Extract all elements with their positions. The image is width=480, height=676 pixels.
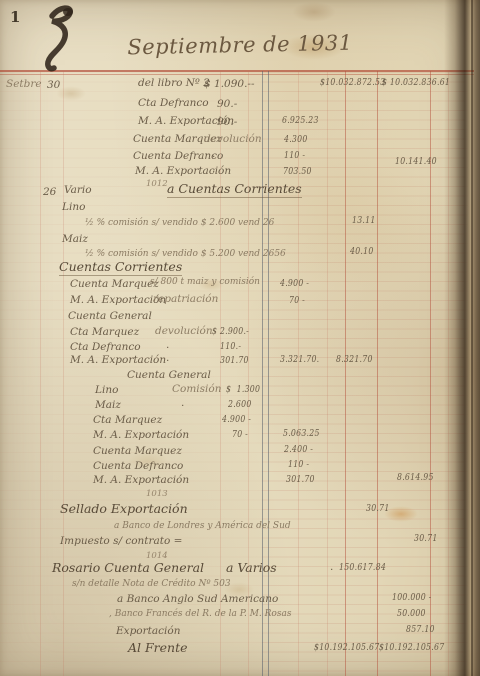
- ledger-entry: s/ 800 t maiz y comisión: [150, 278, 260, 287]
- ledger-entry: $10.192.105.67: [379, 643, 444, 653]
- ledger-entry: 90.-: [217, 99, 237, 110]
- ledger-entry: repatriación: [153, 294, 218, 305]
- ledger-entry: $ 1.090.--: [204, 79, 255, 90]
- ledger-entry: 30: [47, 80, 60, 91]
- ledger-entry: Comisión: [172, 384, 222, 395]
- ledger-entry: 301.70: [220, 356, 249, 366]
- ledger-entry: .: [166, 353, 169, 364]
- ledger-entry: Al Frente: [128, 642, 188, 655]
- ledger-entry: $10.192.105.67: [314, 643, 379, 653]
- binding-edge-line: [471, 0, 473, 676]
- ledger-entry: 6.925.23: [282, 116, 319, 126]
- page-title: Septiembre de 1931: [120, 30, 360, 59]
- column-rule-mid: [327, 71, 328, 676]
- ledger-entry: devolución: [204, 134, 262, 145]
- ledger-entry: 5.063.25: [283, 429, 320, 439]
- ledger-entry: a Cuentas Corrientes: [167, 183, 302, 198]
- ledger-entry: .: [181, 398, 184, 409]
- ledger-entry: Vario: [64, 185, 92, 196]
- ledger-entry: 3.321.70.: [280, 355, 319, 365]
- binding-strip: [444, 0, 480, 676]
- ledger-entry: 70 -: [289, 296, 305, 306]
- ledger-entry: $ 10.032.836.61: [382, 78, 450, 88]
- ledger-entry: ½ % comisión s/ vendido $ 2.600 vend 26: [85, 219, 274, 228]
- ledger-entry: 110 -: [284, 151, 305, 161]
- column-rule-subamount: [298, 71, 299, 676]
- ledger-entry: 2.600: [228, 400, 252, 410]
- ledger-entry: 40.10: [350, 247, 374, 257]
- ink-flourish-icon: [32, 2, 92, 76]
- column-rule-edge: [448, 71, 449, 676]
- stain: [292, 2, 336, 22]
- ledger-entry: 30.71: [414, 534, 438, 544]
- ledger-entry: del libro Nº 2: [138, 78, 210, 89]
- ledger-entry: 110 -: [288, 460, 309, 470]
- ledger-entry: 100.000 -: [392, 593, 432, 603]
- ledger-entry: s/n detalle Nota de Crédito Nº 503: [72, 580, 231, 589]
- ledger-entry: Cta Defranco: [70, 342, 141, 353]
- ledger-entry: ½ % comisión s/ vendido $ 5.200 vend 265…: [85, 250, 286, 259]
- column-rule-credit: [377, 71, 378, 676]
- ledger-entry: Cta Marquez: [93, 415, 162, 426]
- column-rule-date-left: [40, 71, 41, 676]
- ledger-entry: M. A. Exportación: [70, 295, 166, 306]
- ledger-entry: Exportación: [116, 626, 180, 637]
- ledger-entry: M. A. Exportación: [135, 166, 231, 177]
- ledger-entry: Maiz: [95, 400, 121, 411]
- ledger-entry: Maiz: [62, 234, 88, 245]
- ledger-entry: 4.900 -: [280, 279, 309, 289]
- ledger-entry: $ 1.300: [226, 385, 260, 395]
- ledger-entry: M. A. Exportación: [93, 430, 189, 441]
- ledger-entry: $ 2.900.-: [212, 327, 249, 337]
- stain: [56, 86, 86, 101]
- ledger-entry: devolución: [155, 326, 213, 337]
- ledger-entry: Lino: [62, 202, 85, 213]
- ledger-entry: , Banco Francés del R. de la P. M. Rosas: [109, 610, 291, 619]
- ledger-entry: Cuentas Corrientes: [59, 261, 182, 276]
- ledger-entry: 4.900 -: [222, 415, 251, 425]
- ledger-entry: 8.614.95: [397, 473, 434, 483]
- ledger-entry: Cuenta Marquez: [93, 446, 182, 457]
- ledger-entry: Setbre: [6, 79, 42, 90]
- ledger-entry: Cta Marquez: [70, 327, 139, 338]
- ledger-entry: M. A. Exportación: [93, 475, 189, 486]
- ledger-entry: Impuesto s/ contrato =: [60, 536, 182, 547]
- ledger-entry: 13.11: [352, 216, 376, 226]
- column-rule-date-right: [63, 71, 64, 676]
- ledger-entry: 1012: [146, 180, 168, 189]
- ledger-entry: 70 -: [232, 430, 248, 440]
- ledger-entry: .: [212, 149, 215, 160]
- ledger-entry: Cuenta Marquez: [70, 279, 159, 290]
- ledger-entry: a Banco de Londres y América del Sud: [114, 522, 291, 531]
- ledger-entry: .: [166, 340, 169, 351]
- ledger-entry: Cuenta General: [127, 370, 211, 381]
- ledger-entry: 4.300: [284, 135, 308, 145]
- ledger-page: 1 Septiembre de 1931 Setbre30del libro N…: [0, 0, 480, 676]
- column-rule-gray-2: [268, 71, 269, 676]
- ledger-entry: 10.141.40: [395, 157, 437, 167]
- ledger-entry: 2.400 -: [284, 445, 313, 455]
- ledger-entry: 50.000: [397, 609, 426, 619]
- ledger-entry: Sellado Exportación: [60, 503, 188, 516]
- ledger-entry: 150.617.84: [339, 563, 386, 573]
- ledger-entry: .: [330, 562, 333, 573]
- ledger-entry: 26: [43, 187, 56, 198]
- ledger-entry: 703.50: [283, 167, 312, 177]
- ledger-entry: Lino: [95, 385, 118, 396]
- ledger-entry: Cuenta Defranco: [133, 151, 223, 162]
- page-number: 1: [10, 8, 20, 26]
- ledger-entry: .: [212, 164, 215, 175]
- ledger-entry: a Banco Anglo Sud Americano: [117, 594, 278, 605]
- ledger-entry: 857.10: [406, 625, 435, 635]
- ledger-entry: M. A. Exportación: [70, 355, 166, 366]
- ledger-entry: 8.321.70: [336, 355, 373, 365]
- ledger-entry: 90.-: [217, 117, 237, 128]
- ledger-entry: 301.70: [286, 475, 315, 485]
- ledger-entry: $10.032.872.53: [320, 78, 385, 88]
- column-rule-gray-1: [262, 71, 263, 676]
- column-rule-pale: [248, 71, 249, 676]
- ledger-entry: Cuenta General: [68, 311, 152, 322]
- ledger-entry: 30.71: [366, 504, 390, 514]
- column-rule-debit: [345, 71, 346, 676]
- ledger-entry: Rosario Cuenta General: [52, 562, 204, 575]
- ledger-entry: 110.-: [220, 342, 241, 352]
- ledger-entry: Cta Defranco: [138, 98, 209, 109]
- ledger-entry: a Varios: [226, 562, 277, 575]
- ledger-entry: 1013: [146, 490, 168, 499]
- ledger-entry: Cuenta Defranco: [93, 461, 183, 472]
